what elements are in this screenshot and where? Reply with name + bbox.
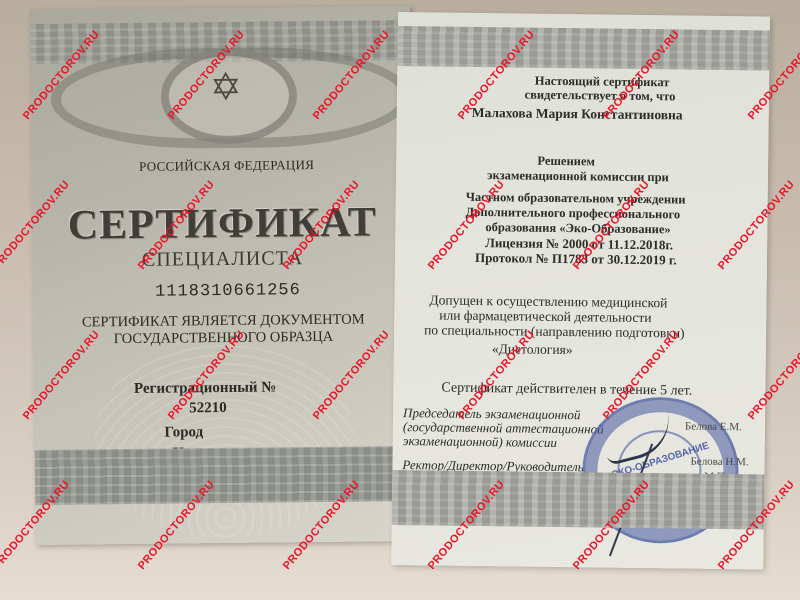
country-label: РОССИЙСКАЯ ФЕДЕРАЦИЯ [112, 157, 342, 175]
decorative-band-top [397, 26, 769, 71]
guilloche-pattern [93, 337, 355, 540]
intro-line2: свидетельствует о том, что [485, 87, 715, 105]
chair-title-line3: экзаменационной) комиссии [403, 433, 557, 451]
coat-of-arms-icon: ✡ [206, 63, 247, 113]
certificate-subtitle: СПЕЦИАЛИСТА [133, 247, 313, 272]
registration-label: Регистрационный № [134, 379, 277, 397]
registration-number: 52210 [189, 400, 227, 417]
admission-line3: по специальности (направлению подготовки… [424, 322, 685, 341]
city-label: Город [164, 424, 203, 441]
decision-line2: экзаменационной комиссии при [458, 168, 698, 186]
decorative-band-bottom [392, 470, 765, 530]
holder-name: Малахова Мария Константиновна [472, 105, 683, 124]
serial-number: 1118310661256 [128, 281, 328, 302]
decorative-band-bottom [35, 446, 416, 505]
rector-name: Белова Н.М. [690, 456, 748, 469]
chair-name: Белова Е.М. [685, 421, 742, 434]
document-statement-line2: ГОСУДАРСТВЕННОГО ОБРАЗЦА [43, 328, 403, 349]
certificate-title: СЕРТИФИКАТ [52, 198, 392, 250]
decision-line1: Решением [496, 153, 636, 170]
certificate-right-page: Настоящий сертификат свидетельствует о т… [391, 12, 770, 570]
certificate-left-page: ✡ РОССИЙСКАЯ ФЕДЕРАЦИЯ СЕРТИФИКАТ СПЕЦИА… [30, 6, 416, 545]
specialty: «Диетология» [492, 341, 573, 358]
protocol-info: Протокол № П1783 от 30.12.2019 г. [475, 250, 677, 268]
